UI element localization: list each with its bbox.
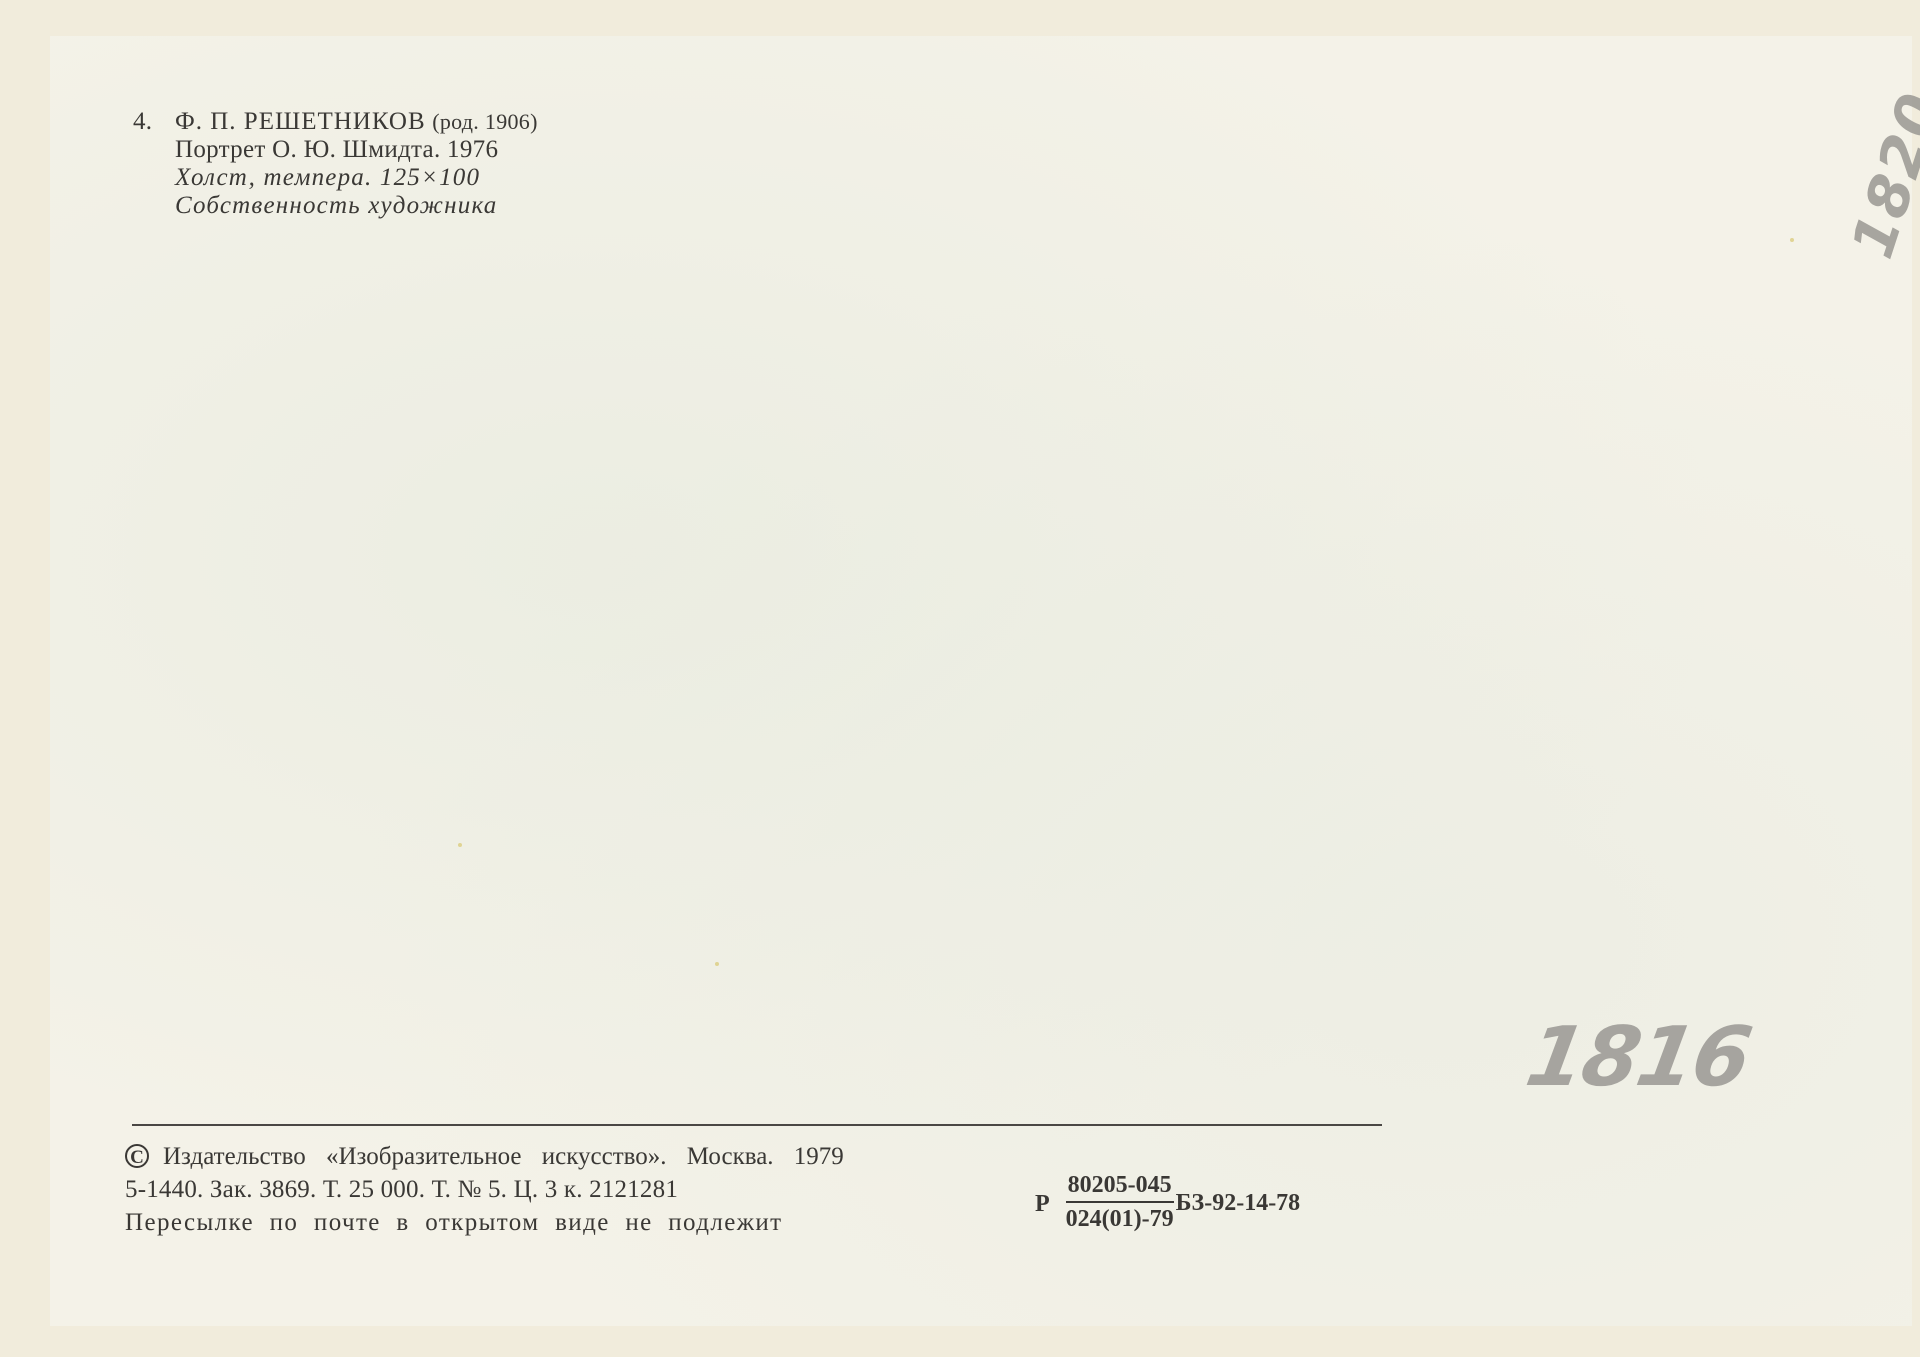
paper-speck [1790,238,1794,242]
card-printed-area [50,36,1912,1326]
publisher-line-row: CИздательство «Изобразительное искусство… [125,1140,844,1173]
imprint-divider [132,1124,1382,1126]
artist-dates: (род. 1906) [432,109,538,134]
index-suffix: БЗ-92-14-78 [1176,1190,1301,1217]
pencil-note-bottom: 1816 [1520,1010,1757,1105]
paper-speck [715,962,719,966]
index-fraction: 80205-045 024(01)-79 [1066,1172,1174,1232]
index-prefix: Р [1035,1191,1050,1218]
artwork-medium: Холст, темпера. 125×100 [133,164,538,192]
artwork-caption: 4.Ф. П. РЕШЕТНИКОВ (род. 1906) Портрет О… [133,108,538,220]
artwork-ownership: Собственность художника [133,192,538,220]
caption-artist-line: 4.Ф. П. РЕШЕТНИКОВ (род. 1906) [133,108,538,136]
print-info: 5-1440. Зак. 3869. Т. 25 000. Т. № 5. Ц.… [125,1173,844,1206]
index-numerator: 80205-045 [1066,1172,1174,1203]
plate-number: 4. [133,108,175,136]
copyright-icon: C [125,1144,149,1168]
paper-speck [458,843,462,847]
index-denominator: 024(01)-79 [1066,1203,1174,1232]
catalog-index: Р 80205-045 024(01)-79 БЗ-92-14-78 [1035,1172,1300,1232]
postal-note: Пересылке по почте в открытом виде не по… [125,1206,844,1239]
publisher-line: Издательство «Изобразительное искусство»… [163,1143,844,1170]
artwork-title: Портрет О. Ю. Шмидта. 1976 [133,136,538,164]
publisher-imprint: CИздательство «Изобразительное искусство… [125,1140,844,1239]
artist-name: Ф. П. РЕШЕТНИКОВ [175,108,426,135]
